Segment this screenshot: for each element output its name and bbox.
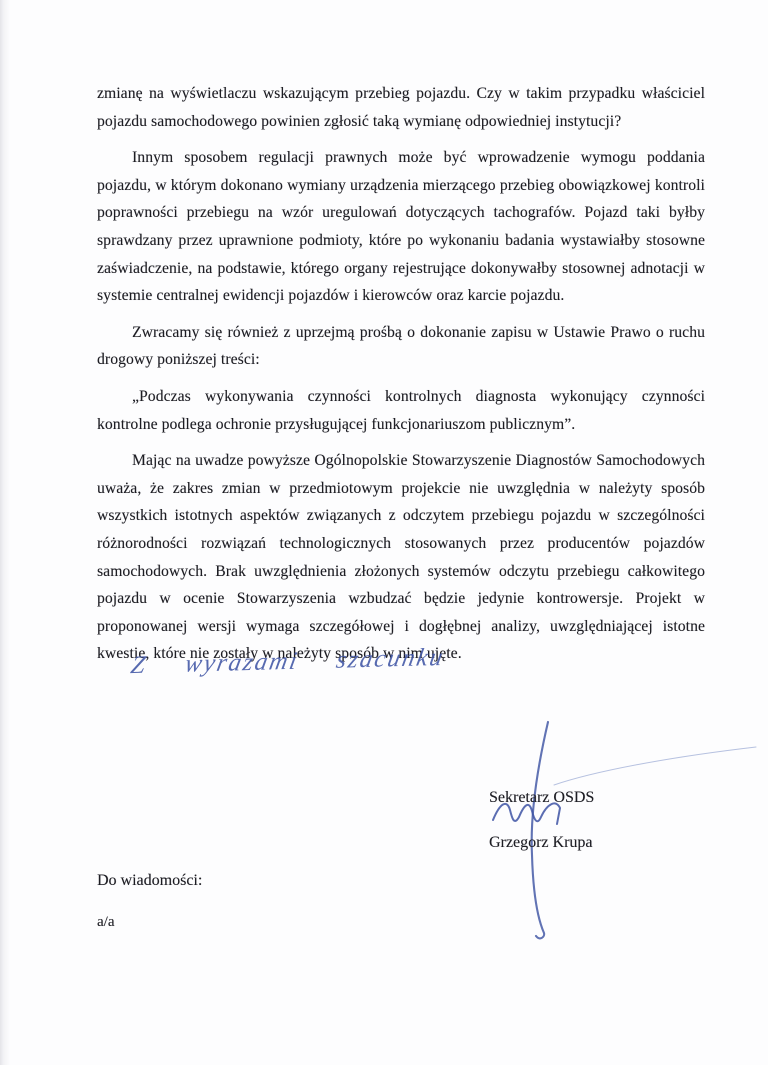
signature-stroke: [430, 705, 768, 950]
body-paragraph: Innym sposobem regulacji prawnych może b…: [97, 144, 705, 310]
letter-body: zmianę na wyświetlaczu wskazującym przeb…: [97, 80, 705, 677]
cc-label: Do wiadomości:: [97, 872, 202, 890]
cc-value: a/a: [97, 914, 114, 931]
body-paragraph-quote: „Podczas wykonywania czynności kontrolny…: [97, 383, 705, 438]
signature-main-arc: [532, 722, 548, 938]
body-paragraph: Zwracamy się również z uprzejmą prośbą o…: [97, 319, 705, 374]
scan-edge-shadow: [0, 0, 10, 1065]
body-paragraph: zmianę na wyświetlaczu wskazującym przeb…: [97, 80, 705, 135]
signatory-name: Grzegorz Krupa: [489, 834, 593, 852]
signature-hairline-flourish: [554, 747, 756, 785]
body-paragraph: Mając na uwadze powyższe Ogólnopolskie S…: [97, 447, 705, 668]
signatory-role: Sekretarz OSDS: [489, 789, 594, 807]
